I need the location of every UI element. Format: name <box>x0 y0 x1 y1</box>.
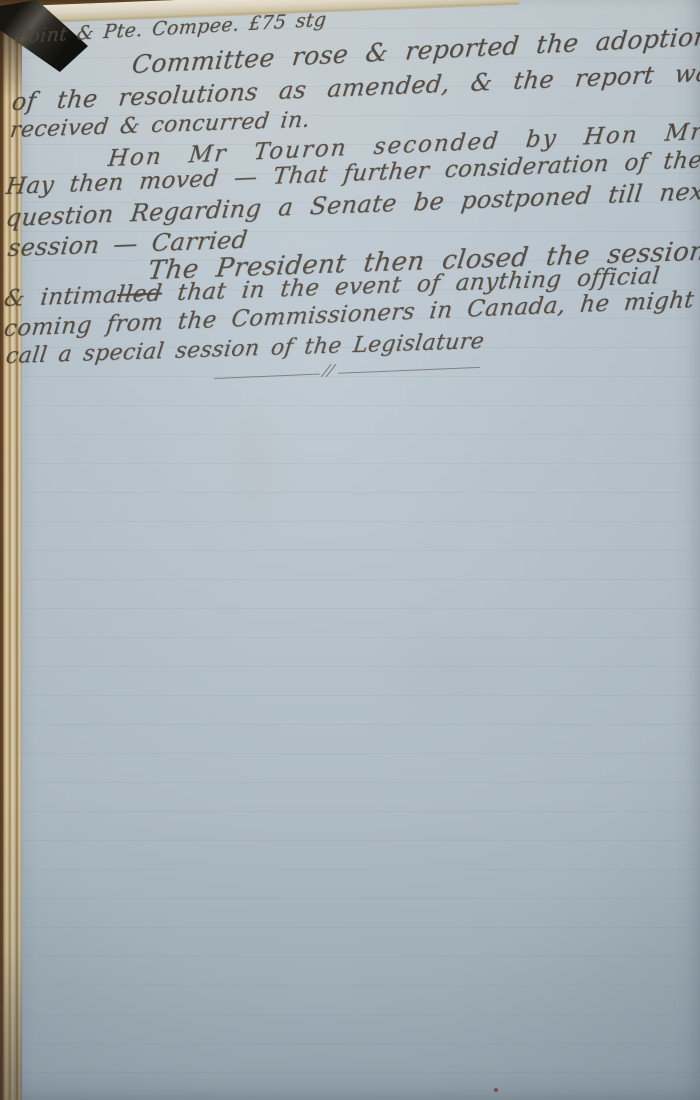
book-page-edges <box>0 0 22 1100</box>
separator-rule <box>338 366 480 373</box>
paper-smudge <box>215 380 295 550</box>
separator-rule <box>214 373 320 378</box>
paper-smudge <box>360 610 540 730</box>
struck-out-word: lled <box>116 280 164 308</box>
manuscript-photo: Point & Pte. Compee. £75 stg Committee r… <box>0 0 700 1100</box>
red-speck <box>494 1088 498 1092</box>
separator-mark: // <box>317 361 340 380</box>
